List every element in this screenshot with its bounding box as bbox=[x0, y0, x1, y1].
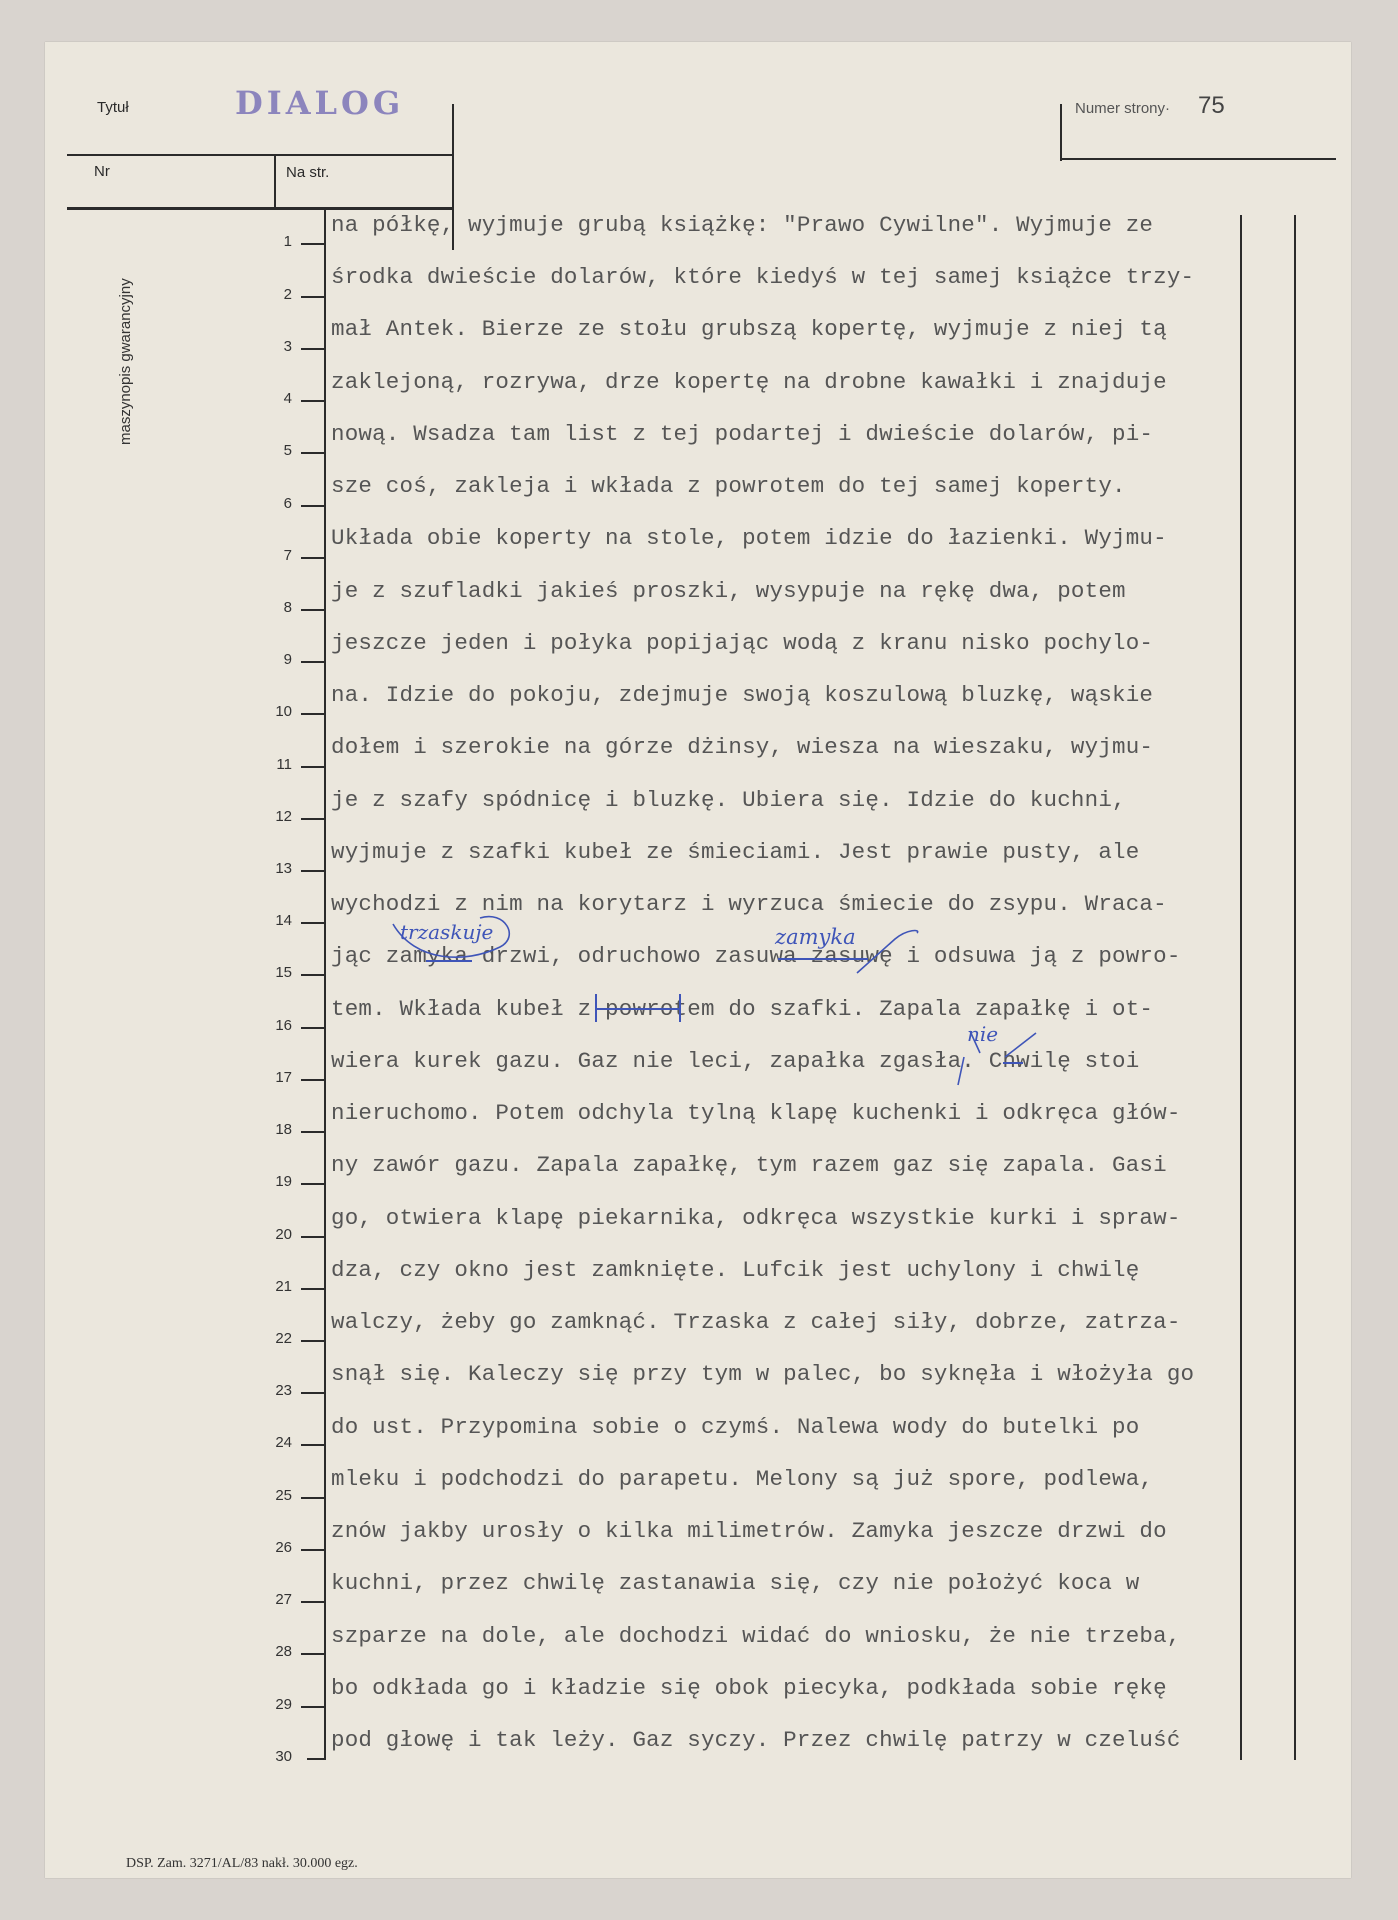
page-number-label: Numer strony· bbox=[1075, 100, 1170, 117]
strikethrough-z-powrotem bbox=[595, 1008, 680, 1010]
correction-caret-mark bbox=[950, 1027, 1040, 1087]
line-tick bbox=[301, 505, 325, 507]
strikethrough-zamyka bbox=[426, 960, 472, 962]
line-number: 6 bbox=[258, 495, 292, 512]
typed-line: dza, czy okno jest zamknięte. Lufcik jes… bbox=[331, 1257, 1139, 1283]
line-tick bbox=[301, 1183, 325, 1185]
handwritten-insert-zamyka: zamyka bbox=[775, 925, 856, 949]
line-tick bbox=[301, 1549, 325, 1551]
header-box-bottom-border bbox=[67, 207, 454, 210]
header-box-top-border bbox=[67, 154, 454, 156]
line-number: 29 bbox=[258, 1696, 292, 1713]
line-tick bbox=[301, 1601, 325, 1603]
typed-line: go, otwiera klapę piekarnika, odkręca ws… bbox=[331, 1205, 1181, 1231]
line-number: 10 bbox=[258, 703, 292, 720]
bottom-corner-tick bbox=[307, 1758, 326, 1760]
line-number: 5 bbox=[258, 442, 292, 459]
line-number: 21 bbox=[258, 1278, 292, 1295]
line-number: 27 bbox=[258, 1591, 292, 1608]
typed-line: je z szafy spódnicę i bluzkę. Ubiera się… bbox=[331, 787, 1126, 813]
page-number-box-bottom-border bbox=[1060, 158, 1336, 160]
title-label: Tytuł bbox=[97, 99, 129, 116]
typed-line: sze coś, zakleja i wkłada z powrotem do … bbox=[331, 473, 1126, 499]
line-tick bbox=[301, 1653, 325, 1655]
typed-line: jeszcze jeden i połyka popijając wodą z … bbox=[331, 630, 1153, 656]
title-stamp: DIALOG bbox=[235, 84, 404, 122]
correction-loop-mark bbox=[385, 912, 515, 972]
line-number: 4 bbox=[258, 390, 292, 407]
typed-line: mleku i podchodzi do parapetu. Melony są… bbox=[331, 1466, 1153, 1492]
typed-line: nową. Wsadza tam list z tej podartej i d… bbox=[331, 421, 1153, 447]
line-number: 14 bbox=[258, 912, 292, 929]
strike-bracket-left bbox=[595, 994, 597, 1022]
typed-line: środka dwieście dolarów, które kiedyś w … bbox=[331, 264, 1194, 290]
line-tick bbox=[301, 243, 325, 245]
line-number: 16 bbox=[258, 1017, 292, 1034]
line-tick bbox=[301, 348, 325, 350]
typed-line: znów jakby urosły o kilka milimetrów. Za… bbox=[331, 1518, 1167, 1544]
typed-line: zaklejoną, rozrywa, drze kopertę na drob… bbox=[331, 369, 1167, 395]
line-number: 11 bbox=[258, 756, 292, 773]
typed-line: szparze na dole, ale dochodzi widać do w… bbox=[331, 1623, 1181, 1649]
typed-line: Układa obie koperty na stole, potem idzi… bbox=[331, 525, 1167, 551]
line-tick bbox=[301, 557, 325, 559]
typed-line: mał Antek. Bierze ze stołu grubszą koper… bbox=[331, 316, 1167, 342]
typed-line: na. Idzie do pokoju, zdejmuje swoją kosz… bbox=[331, 682, 1153, 708]
page-number-value: 75 bbox=[1198, 92, 1225, 120]
line-number: 9 bbox=[258, 651, 292, 668]
line-number: 28 bbox=[258, 1643, 292, 1660]
line-tick bbox=[301, 1079, 325, 1081]
typed-line: walczy, żeby go zamknąć. Trzaska z całej… bbox=[331, 1309, 1181, 1335]
line-tick bbox=[301, 1392, 325, 1394]
line-tick bbox=[301, 609, 325, 611]
typescript-page: Tytuł DIALOG Nr Na str. Numer strony· 75… bbox=[45, 42, 1351, 1878]
typed-line: pod głowę i tak leży. Gaz syczy. Przez c… bbox=[331, 1727, 1181, 1753]
page-number-box-left-border bbox=[1060, 104, 1062, 161]
side-label-typescript: maszynopis gwarancyjny bbox=[117, 278, 134, 445]
right-column-line-1 bbox=[1240, 215, 1242, 1760]
line-number: 24 bbox=[258, 1434, 292, 1451]
line-number: 22 bbox=[258, 1330, 292, 1347]
line-tick bbox=[301, 1027, 325, 1029]
line-tick bbox=[301, 296, 325, 298]
line-number: 26 bbox=[258, 1539, 292, 1556]
na-str-label: Na str. bbox=[286, 164, 329, 181]
line-tick bbox=[301, 818, 325, 820]
line-tick bbox=[301, 1131, 325, 1133]
line-number: 20 bbox=[258, 1226, 292, 1243]
correction-slash-mark bbox=[855, 927, 925, 977]
line-tick bbox=[301, 1288, 325, 1290]
line-tick bbox=[301, 870, 325, 872]
typed-line: wyjmuje z szafki kubeł ze śmieciami. Jes… bbox=[331, 839, 1139, 865]
line-tick bbox=[301, 400, 325, 402]
line-tick bbox=[301, 661, 325, 663]
typed-line: bo odkłada go i kładzie się obok piecyka… bbox=[331, 1675, 1167, 1701]
typed-line: nieruchomo. Potem odchyla tylną klapę ku… bbox=[331, 1100, 1181, 1126]
typed-line: tem. Wkłada kubeł z powrotem do szafki. … bbox=[331, 996, 1153, 1022]
line-tick bbox=[301, 1444, 325, 1446]
line-tick bbox=[301, 1497, 325, 1499]
print-footer: DSP. Zam. 3271/AL/83 nakł. 30.000 egz. bbox=[126, 1856, 358, 1872]
line-number: 15 bbox=[258, 964, 292, 981]
line-number: 8 bbox=[258, 599, 292, 616]
line-number: 12 bbox=[258, 808, 292, 825]
typed-line: je z szufladki jakieś proszki, wysypuje … bbox=[331, 578, 1126, 604]
typed-line: kuchni, przez chwilę zastanawia się, czy… bbox=[331, 1570, 1139, 1596]
typed-line: na półkę, wyjmuje grubą książkę: "Prawo … bbox=[331, 212, 1153, 238]
line-number: 13 bbox=[258, 860, 292, 877]
typed-line: ny zawór gazu. Zapala zapałkę, tym razem… bbox=[331, 1152, 1167, 1178]
strike-bracket-right bbox=[679, 994, 681, 1022]
line-number: 3 bbox=[258, 338, 292, 355]
line-number: 19 bbox=[258, 1173, 292, 1190]
line-tick bbox=[301, 1340, 325, 1342]
line-tick bbox=[301, 452, 325, 454]
line-number: 2 bbox=[258, 286, 292, 303]
line-tick bbox=[301, 922, 325, 924]
line-number: 30 bbox=[258, 1748, 292, 1765]
line-number: 25 bbox=[258, 1487, 292, 1504]
right-column-line-2 bbox=[1294, 215, 1296, 1760]
line-number: 17 bbox=[258, 1069, 292, 1086]
line-tick bbox=[301, 766, 325, 768]
line-number: 18 bbox=[258, 1121, 292, 1138]
line-number: 1 bbox=[258, 233, 292, 250]
typed-line: dołem i szerokie na górze dżinsy, wiesza… bbox=[331, 734, 1153, 760]
line-tick bbox=[301, 1706, 325, 1708]
line-number: 7 bbox=[258, 547, 292, 564]
line-tick bbox=[301, 713, 325, 715]
nr-label: Nr bbox=[94, 163, 110, 180]
typed-line: snął się. Kaleczy się przy tym w palec, … bbox=[331, 1361, 1194, 1387]
header-box-divider bbox=[274, 155, 276, 207]
line-number: 23 bbox=[258, 1382, 292, 1399]
strikethrough-la bbox=[1003, 1062, 1023, 1064]
typed-line: do ust. Przypomina sobie o czymś. Nalewa… bbox=[331, 1414, 1139, 1440]
left-margin-line bbox=[324, 210, 326, 1760]
line-tick bbox=[301, 1236, 325, 1238]
line-tick bbox=[301, 974, 325, 976]
